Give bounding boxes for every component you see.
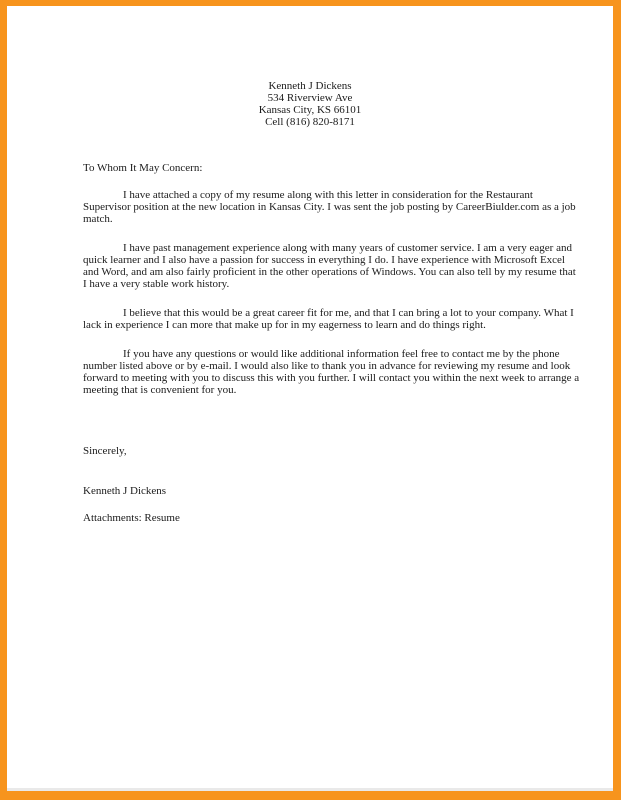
signature-name: Kenneth J Dickens xyxy=(83,485,581,497)
sender-phone: Cell (816) 820-8171 xyxy=(7,116,613,128)
sender-name: Kenneth J Dickens xyxy=(7,80,613,92)
paragraph-3: I believe that this would be a great car… xyxy=(83,307,581,331)
letter-page: Kenneth J Dickens 534 Riverview Ave Kans… xyxy=(0,0,621,800)
paragraph-4: If you have any questions or would like … xyxy=(83,348,581,396)
letter-body: To Whom It May Concern: I have attached … xyxy=(83,162,581,524)
closing: Sincerely, xyxy=(83,445,581,457)
salutation: To Whom It May Concern: xyxy=(83,162,581,174)
sender-city-state-zip: Kansas City, KS 66101 xyxy=(7,104,613,116)
sender-address-block: Kenneth J Dickens 534 Riverview Ave Kans… xyxy=(7,80,613,128)
sender-street: 534 Riverview Ave xyxy=(7,92,613,104)
attachments-line: Attachments: Resume xyxy=(83,512,581,524)
paragraph-2: I have past management experience along … xyxy=(83,242,581,290)
paragraph-1: I have attached a copy of my resume alon… xyxy=(83,189,581,225)
